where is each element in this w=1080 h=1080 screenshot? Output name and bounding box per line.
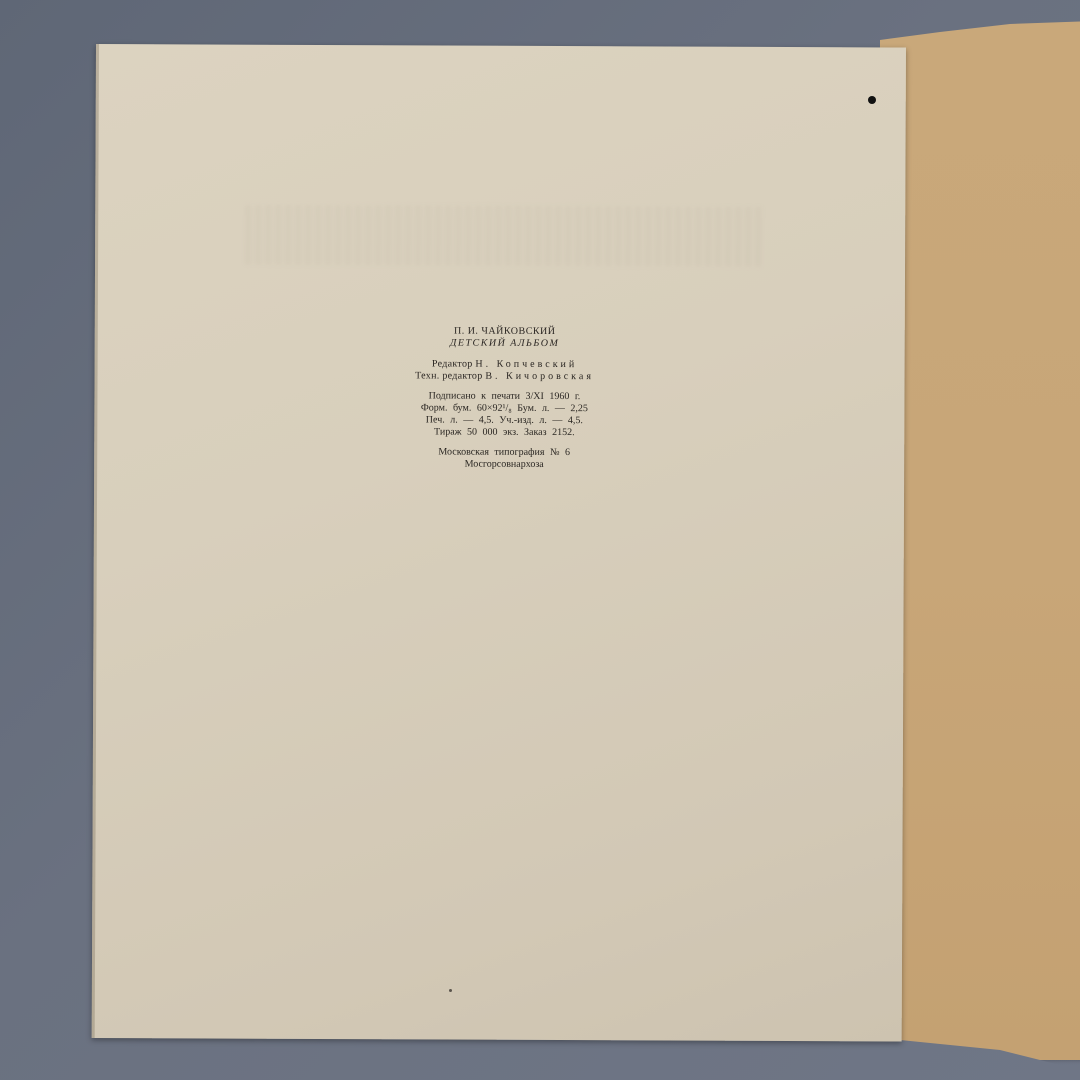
sheets-line: Печ. л. — 4,5. Уч.-изд. л. — 4,5. xyxy=(394,414,614,427)
printer-org: Мосгорсовнархоза xyxy=(394,458,614,471)
tech-editor-label: Техн. редактор xyxy=(415,370,482,381)
tech-editor-name: В. Кичоровская xyxy=(485,371,594,382)
tech-editor-line: Техн. редактор В. Кичоровская xyxy=(395,370,615,383)
signed-to-print-line: Подписано к печати 3/XI 1960 г. xyxy=(394,390,614,403)
editor-label: Редактор xyxy=(432,358,473,369)
paper-format-line: Форм. бум. 60×92¹/₈ Бум. л. — 2,25 xyxy=(394,402,614,415)
printer-group: Московская типография № 6 Мосгорсовнархо… xyxy=(394,446,614,471)
colophon-block: П. И. ЧАЙКОВСКИЙ ДЕТСКИЙ АЛЬБОМ Редактор… xyxy=(394,325,615,471)
author-name: П. И. ЧАЙКОВСКИЙ xyxy=(395,325,615,338)
document-page: П. И. ЧАЙКОВСКИЙ ДЕТСКИЙ АЛЬБОМ Редактор… xyxy=(92,44,906,1042)
punch-hole xyxy=(868,96,876,104)
printer-line: Московская типография № 6 xyxy=(394,446,614,459)
page-edge xyxy=(92,44,99,1038)
editor-line: Редактор Н. Копчевский xyxy=(395,358,615,371)
show-through-texture xyxy=(245,205,765,267)
editors-group: Редактор Н. Копчевский Техн. редактор В.… xyxy=(395,358,615,383)
paper-speck xyxy=(449,989,452,992)
kraft-backing-sheet xyxy=(880,20,1080,1060)
print-run-line: Тираж 50 000 экз. Заказ 2152. xyxy=(394,426,614,439)
print-details-group: Подписано к печати 3/XI 1960 г. Форм. бу… xyxy=(394,390,614,439)
book-title: ДЕТСКИЙ АЛЬБОМ xyxy=(395,337,615,350)
editor-name: Н. Копчевский xyxy=(475,359,577,370)
